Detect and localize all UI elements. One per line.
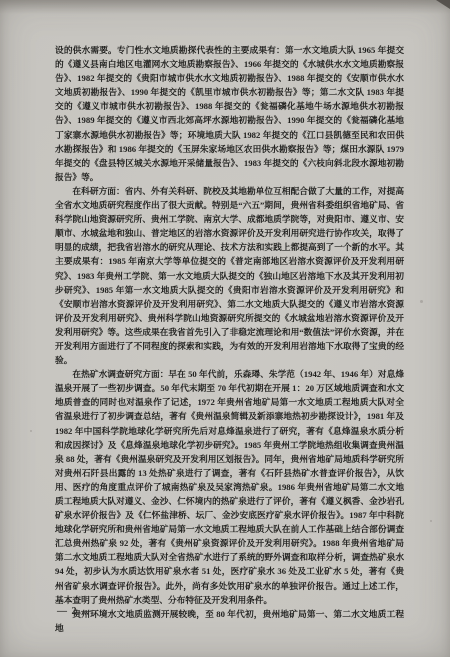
page-text-block: 设的供水需要。专门性水文地质勘探代表性的主要成果有：第一水文地质大队 1965 … (55, 43, 404, 635)
paragraph-environmental-monitoring: 贵州环境水文地质监测开展较晚，至 80 年代初，贵州地矿局第一、第二水文地质工程… (55, 607, 404, 635)
paragraph-thermal-mineral-water: 在热矿水调查研究方面：早在 50 年代前，乐森璕、朱学范（1942 年、1946… (55, 367, 404, 607)
scan-speck (420, 300, 423, 303)
page-number: — 2 — (57, 605, 92, 619)
scan-speck (430, 520, 432, 522)
scan-edge-shadow (0, 0, 450, 14)
paragraph-scientific-research: 在科研方面：省内、外有关科研、院校及其地勘单位互相配合做了大量的工作，对提高全省… (55, 184, 404, 367)
scan-corner-artifact (436, 0, 450, 9)
scan-speck (30, 430, 32, 432)
scanned-page: 设的供水需要。专门性水文地质勘探代表性的主要成果有：第一水文地质大队 1965 … (0, 0, 450, 657)
paragraph-continuation: 设的供水需要。专门性水文地质勘探代表性的主要成果有：第一水文地质大队 1965 … (55, 43, 404, 184)
